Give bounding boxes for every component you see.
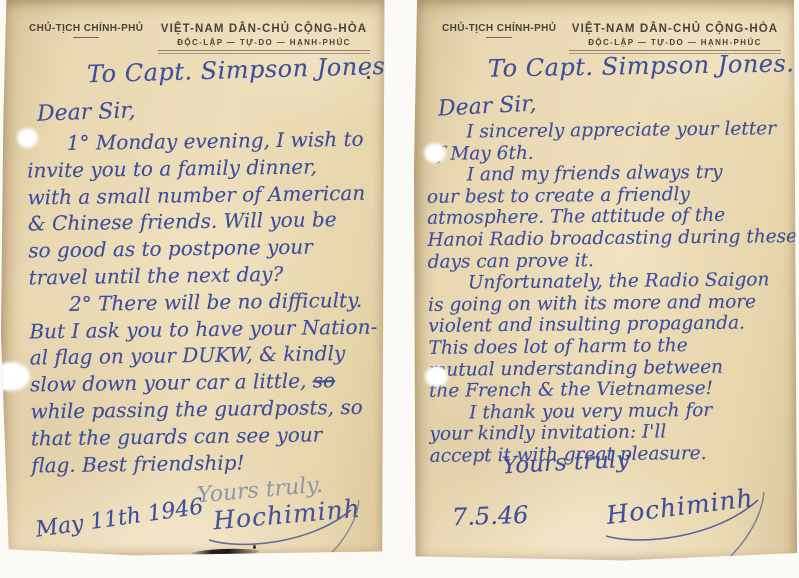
handwritten-line: while passing the guardposts, so [30,394,380,426]
letter-page-left: CHỦ-TỊCH CHÍNH-PHỦ VIỆT-NAM DÂN-CHỦ CỘNG… [1,0,386,557]
letterhead-office-dash [73,37,99,38]
address-line: To Capt. Simpson Jones. [488,49,795,82]
struck-word: so [313,368,336,392]
handwritten-text: slow down your car a little, [30,369,307,397]
punch-hole [425,144,445,162]
letter-body: I sincerely appreciate your letter of Ma… [426,118,790,467]
letterhead-office: CHỦ-TỊCH CHÍNH-PHỦ [442,23,556,34]
ink-speck [367,76,370,79]
letter-body: 1° Monday evening, I wish to invite you … [27,126,382,479]
letterhead-office-block: CHỦ-TỊCH CHÍNH-PHỦ [29,23,143,38]
letterhead-office: CHỦ-TỊCH CHÍNH-PHỦ [29,23,143,34]
scanned-letters-canvas: CHỦ-TỊCH CHÍNH-PHỦ VIỆT-NAM DÂN-CHỦ CỘNG… [0,0,799,578]
letterhead-office-block: CHỦ-TỊCH CHÍNH-PHỦ [442,23,556,38]
handwritten-line: I sincerely appreciate your letter [426,118,786,143]
handwritten-line: violent and insulting propaganda. [428,312,788,337]
handwritten-line: & Chinese friends. Will you be [28,206,378,238]
date-line: 7.5.46 [452,501,529,532]
greeting-line: Dear Sir, [37,98,136,126]
letterhead-country: VIỆT-NAM DÂN-CHỦ CỘNG-HÒA [569,23,781,35]
letterhead-country: VIỆT-NAM DÂN-CHỦ CỘNG-HÒA [158,23,370,35]
letterhead: CHỦ-TỊCH CHÍNH-PHỦ VIỆT-NAM DÂN-CHỦ CỘNG… [1,23,386,54]
letterhead-motto: ĐỘC-LẬP — TỰ-DO — HẠNH-PHÚC [158,38,370,47]
address-line: To Capt. Simpson Jones, [87,52,394,89]
edge-smudge [191,548,259,557]
signature: Hochiminh [605,483,755,530]
ink-speck [253,545,256,549]
letterhead-country-block: VIỆT-NAM DÂN-CHỦ CỘNG-HÒA ĐỘC-LẬP — TỰ-D… [158,23,370,54]
closing-line: Yours truly [501,447,630,480]
handwritten-line: 1° Monday evening, I wish to [27,126,377,158]
handwritten-line: flag. Best friendship! [31,447,381,479]
punch-hole [0,363,29,390]
letterhead-motto: ĐỘC-LẬP — TỰ-DO — HẠNH-PHÚC [569,38,781,47]
letterhead-office-dash [486,37,512,38]
punch-hole [426,367,447,386]
letter-page-right: CHỦ-TỊCH CHÍNH-PHỦ VIỆT-NAM DÂN-CHỦ CỘNG… [414,0,797,562]
date-line: May 11th 1946 [34,494,205,542]
handwritten-line: Hanoi Radio broadcasting during these [427,226,787,251]
greeting-line: Dear Sir, [437,91,537,121]
punch-hole [18,129,37,147]
